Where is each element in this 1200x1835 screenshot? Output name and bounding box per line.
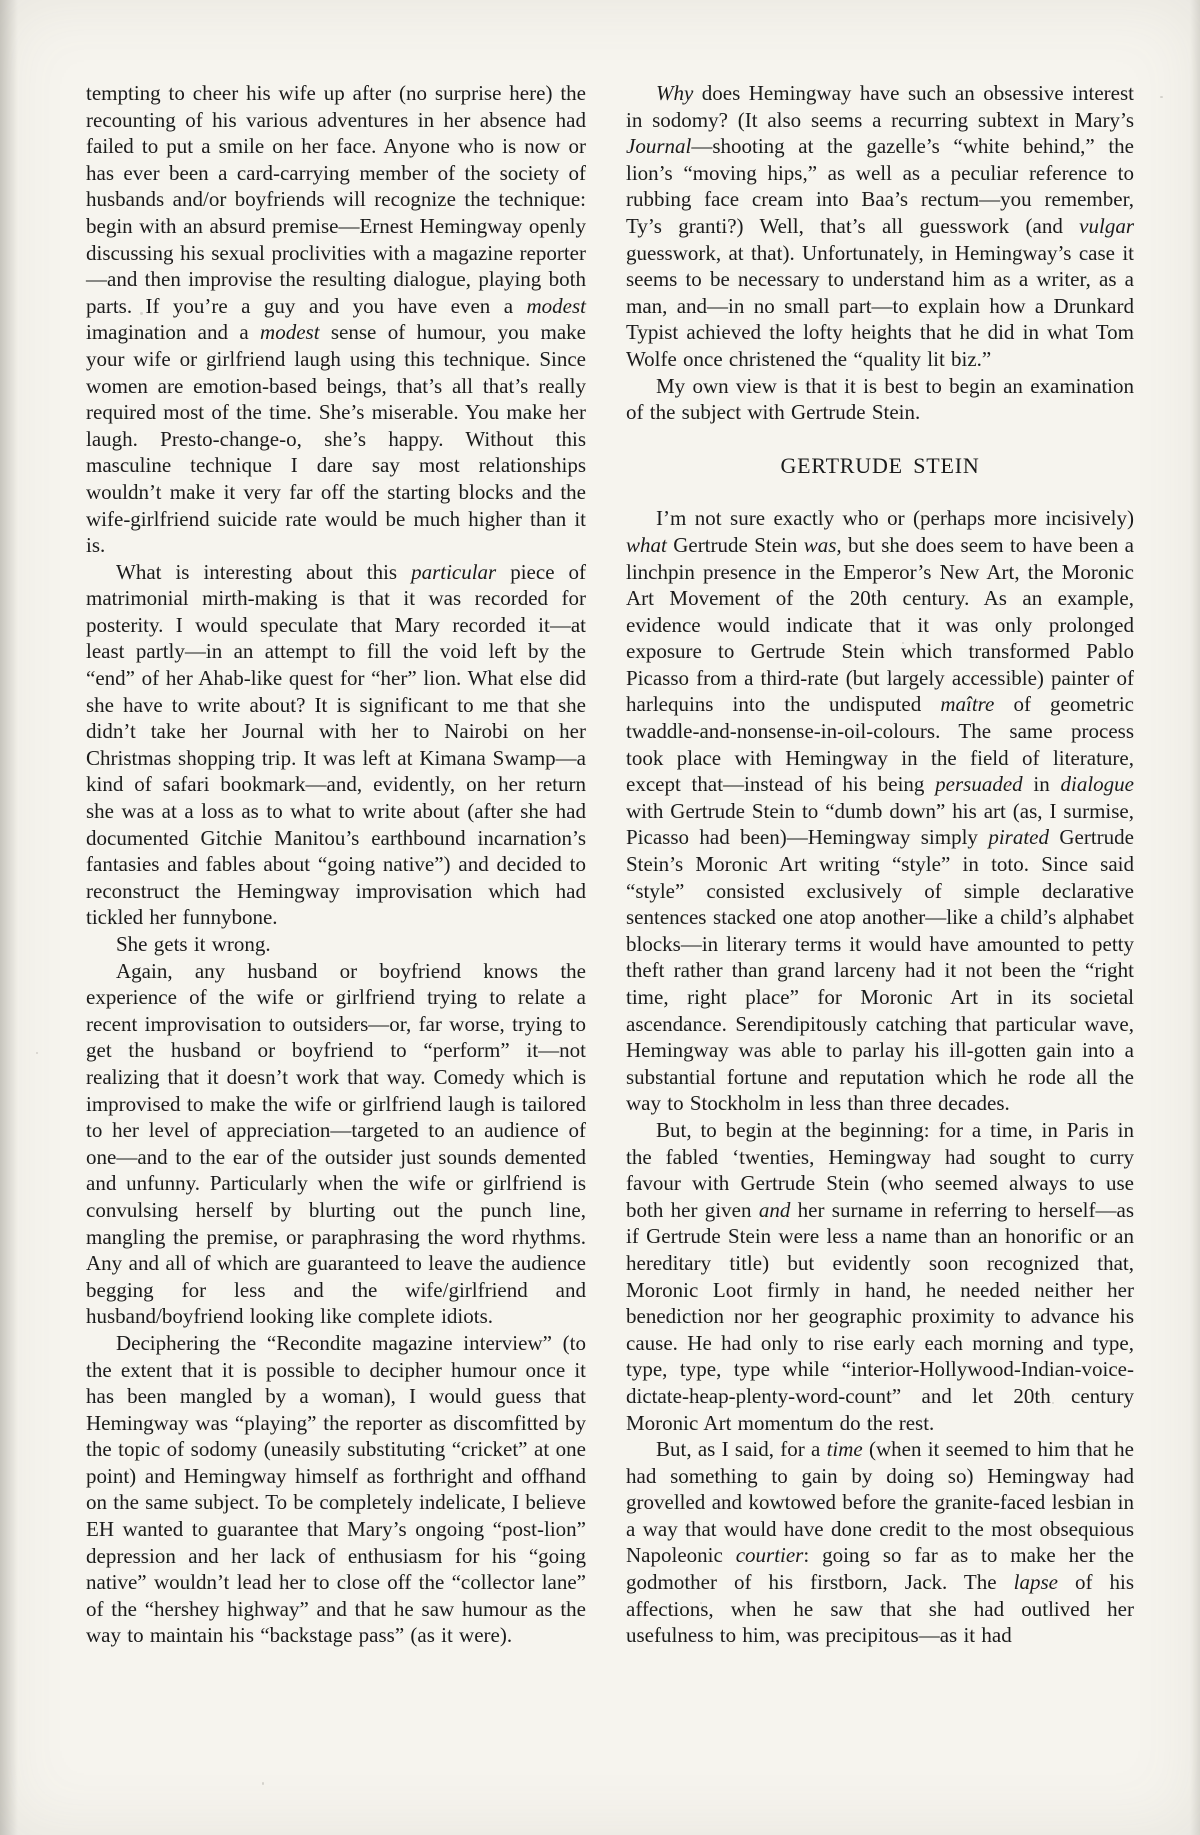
text-run: —shooting at the gazelle’s “white behind…: [626, 134, 1134, 238]
italic-text-run: lapse: [1014, 1570, 1058, 1594]
paragraph: What is interesting about this particula…: [86, 559, 586, 931]
paragraph: My own view is that it is best to begin …: [626, 373, 1134, 426]
italic-text-run: dialogue: [1060, 772, 1134, 796]
paragraph: She gets it wrong.: [86, 931, 586, 958]
text-run: sense of humour, you make your wife or g…: [86, 320, 586, 557]
italic-text-run: courtier: [736, 1543, 804, 1567]
italic-text-run: and: [759, 1198, 791, 1222]
text-run: her surname in referring to herself—as i…: [626, 1198, 1134, 1435]
italic-text-run: modest: [260, 320, 320, 344]
paragraph: But, to begin at the beginning: for a ti…: [626, 1117, 1134, 1436]
text-run: tempting to cheer his wife up after (no …: [86, 81, 586, 318]
paragraph: I’m not sure exactly who or (perhaps mor…: [626, 505, 1134, 1117]
italic-text-run: persuaded: [935, 772, 1023, 796]
italic-text-run: what: [626, 533, 667, 557]
right-column: Why does Hemingway have such an obsessiv…: [626, 80, 1134, 1649]
paragraph: Deciphering the “Recondite magazine inte…: [86, 1330, 586, 1649]
text-run: does Hemingway have such an obsessive in…: [626, 81, 1134, 132]
italic-text-run: was,: [804, 533, 842, 557]
italic-text-run: pirated: [988, 825, 1049, 849]
italic-text-run: vulgar: [1079, 214, 1134, 238]
italic-text-run: Journal: [626, 134, 691, 158]
text-run: She gets it wrong.: [116, 932, 271, 956]
scan-speck: [262, 1782, 264, 1785]
text-run: My own view is that it is best to begin …: [626, 374, 1134, 425]
text-run: Gertrude Stein: [667, 533, 804, 557]
italic-text-run: modest: [527, 294, 587, 318]
text-run: guesswork, at that). Unfortunately, in H…: [626, 241, 1134, 371]
text-run: piece of matrimonial mirth-making is tha…: [86, 560, 586, 930]
italic-text-run: maître: [940, 692, 994, 716]
text-run: What is interesting about this: [116, 560, 411, 584]
text-run: Gertrude Stein’s Moronic Art writing “st…: [626, 825, 1134, 1115]
paragraph: Again, any husband or boyfriend knows th…: [86, 958, 586, 1330]
text-run: Again, any husband or boyfriend knows th…: [86, 959, 586, 1329]
paragraph: Why does Hemingway have such an obsessiv…: [626, 80, 1134, 373]
text-run: imagination and a: [86, 320, 260, 344]
scan-speck: [1160, 96, 1163, 98]
text-run: I’m not sure exactly who or (perhaps mor…: [656, 506, 1134, 530]
left-column: tempting to cheer his wife up after (no …: [86, 80, 586, 1649]
paragraph: But, as I said, for a time (when it seem…: [626, 1436, 1134, 1649]
section-heading: GERTRUDE STEIN: [626, 453, 1134, 480]
paragraph: tempting to cheer his wife up after (no …: [86, 80, 586, 559]
scanned-book-page: tempting to cheer his wife up after (no …: [0, 0, 1200, 1835]
text-run: Deciphering the “Recondite magazine inte…: [86, 1331, 586, 1648]
text-run: but she does seem to have been a linchpi…: [626, 533, 1134, 717]
text-run: in: [1023, 772, 1061, 796]
italic-text-run: Why: [656, 81, 693, 105]
scan-speck: [36, 1052, 38, 1054]
italic-text-run: particular: [411, 560, 496, 584]
two-column-text-area: tempting to cheer his wife up after (no …: [86, 80, 1134, 1649]
text-run: But, as I said, for a: [656, 1437, 827, 1461]
italic-text-run: time: [827, 1437, 863, 1461]
